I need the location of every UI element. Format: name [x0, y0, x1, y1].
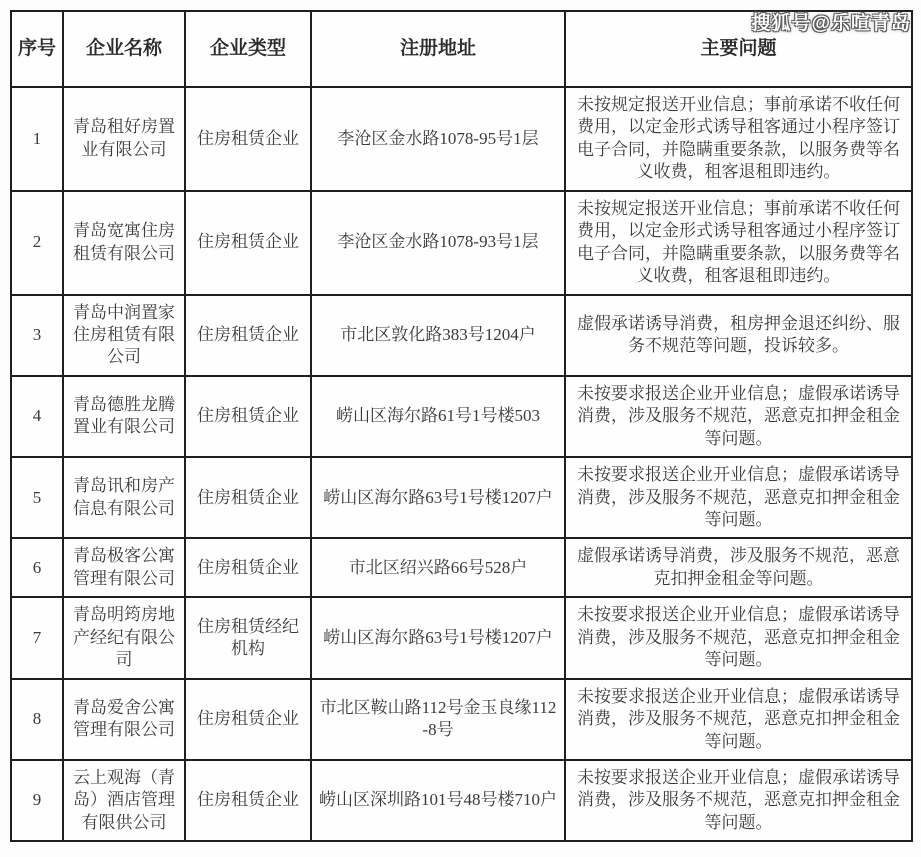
company-name-cell: 青岛讯和房产信息有限公司	[63, 457, 185, 538]
company-type-cell: 住房租赁企业	[185, 376, 311, 457]
column-header-name: 企业名称	[63, 11, 185, 87]
company-name-cell: 青岛极客公寓管理有限公司	[63, 538, 185, 597]
company-issues-table: 序号 企业名称 企业类型 注册地址 主要问题 1青岛租好房置业有限公司住房租赁企…	[10, 10, 913, 842]
row-number-cell: 6	[11, 538, 63, 597]
registered-address-cell: 李沧区金水路1078-93号1层	[311, 191, 565, 295]
company-name-cell: 青岛中润置家住房租赁有限公司	[63, 295, 185, 376]
company-name-cell: 青岛租好房置业有限公司	[63, 87, 185, 191]
main-issues-cell: 未按要求报送企业开业信息；虚假承诺诱导消费，涉及服务不规范，恶意克扣押金租金等问…	[565, 376, 912, 457]
table-row: 7青岛明筠房地产经纪有限公司住房租赁经纪机构崂山区海尔路63号1号楼1207户未…	[11, 597, 912, 678]
main-issues-cell: 未按要求报送企业开业信息；虚假承诺诱导消费，涉及服务不规范，恶意克扣押金租金等问…	[565, 679, 912, 760]
company-type-cell: 住房租赁企业	[185, 457, 311, 538]
table-body: 1青岛租好房置业有限公司住房租赁企业李沧区金水路1078-95号1层未按规定报送…	[11, 87, 912, 841]
table-row: 9云上观海（青岛）酒店管理有限供公司住房租赁企业崂山区深圳路101号48号楼71…	[11, 760, 912, 841]
company-type-cell: 住房租赁企业	[185, 679, 311, 760]
main-issues-cell: 未按规定报送开业信息；事前承诺不收任何费用，以定金形式诱导租客通过小程序签订电子…	[565, 87, 912, 191]
page: 搜狐号@乐喧青岛 序号 企业名称 企业类型 注册地址 主要问题 1青岛租好房置业…	[0, 0, 921, 857]
row-number-cell: 4	[11, 376, 63, 457]
company-type-cell: 住房租赁企业	[185, 538, 311, 597]
main-issues-cell: 虚假承诺诱导消费，涉及服务不规范，恶意克扣押金租金等问题。	[565, 538, 912, 597]
column-header-type: 企业类型	[185, 11, 311, 87]
company-name-cell: 青岛爱舍公寓管理有限公司	[63, 679, 185, 760]
table-row: 2青岛宽寓住房租赁有限公司住房租赁企业李沧区金水路1078-93号1层未按规定报…	[11, 191, 912, 295]
registered-address-cell: 崂山区海尔路63号1号楼1207户	[311, 597, 565, 678]
table-row: 5青岛讯和房产信息有限公司住房租赁企业崂山区海尔路63号1号楼1207户未按要求…	[11, 457, 912, 538]
row-number-cell: 8	[11, 679, 63, 760]
registered-address-cell: 市北区敦化路383号1204户	[311, 295, 565, 376]
main-issues-cell: 未按要求报送企业开业信息；虚假承诺诱导消费，涉及服务不规范，恶意克扣押金租金等问…	[565, 597, 912, 678]
main-issues-cell: 虚假承诺诱导消费，租房押金退还纠纷、服务不规范等问题，投诉较多。	[565, 295, 912, 376]
company-type-cell: 住房租赁企业	[185, 760, 311, 841]
row-number-cell: 7	[11, 597, 63, 678]
company-name-cell: 青岛德胜龙腾置业有限公司	[63, 376, 185, 457]
row-number-cell: 1	[11, 87, 63, 191]
registered-address-cell: 崂山区海尔路61号1号楼503	[311, 376, 565, 457]
column-header-address: 注册地址	[311, 11, 565, 87]
table-row: 8青岛爱舍公寓管理有限公司住房租赁企业市北区鞍山路112号金玉良缘112-8号未…	[11, 679, 912, 760]
row-number-cell: 9	[11, 760, 63, 841]
company-type-cell: 住房租赁企业	[185, 191, 311, 295]
row-number-cell: 5	[11, 457, 63, 538]
row-number-cell: 2	[11, 191, 63, 295]
main-issues-cell: 未按要求报送企业开业信息；虚假承诺诱导消费，涉及服务不规范，恶意克扣押金租金等问…	[565, 457, 912, 538]
table-row: 1青岛租好房置业有限公司住房租赁企业李沧区金水路1078-95号1层未按规定报送…	[11, 87, 912, 191]
table-row: 3青岛中润置家住房租赁有限公司住房租赁企业市北区敦化路383号1204户虚假承诺…	[11, 295, 912, 376]
row-number-cell: 3	[11, 295, 63, 376]
company-type-cell: 住房租赁企业	[185, 295, 311, 376]
main-issues-cell: 未按要求报送企业开业信息；虚假承诺诱导消费，涉及服务不规范，恶意克扣押金租金等问…	[565, 760, 912, 841]
main-issues-cell: 未按规定报送开业信息；事前承诺不收任何费用，以定金形式诱导租客通过小程序签订电子…	[565, 191, 912, 295]
table-row: 4青岛德胜龙腾置业有限公司住房租赁企业崂山区海尔路61号1号楼503未按要求报送…	[11, 376, 912, 457]
company-name-cell: 青岛宽寓住房租赁有限公司	[63, 191, 185, 295]
registered-address-cell: 李沧区金水路1078-95号1层	[311, 87, 565, 191]
registered-address-cell: 市北区鞍山路112号金玉良缘112-8号	[311, 679, 565, 760]
registered-address-cell: 崂山区深圳路101号48号楼710户	[311, 760, 565, 841]
registered-address-cell: 市北区绍兴路66号528户	[311, 538, 565, 597]
watermark: 搜狐号@乐喧青岛	[751, 8, 911, 35]
registered-address-cell: 崂山区海尔路63号1号楼1207户	[311, 457, 565, 538]
company-name-cell: 青岛明筠房地产经纪有限公司	[63, 597, 185, 678]
company-name-cell: 云上观海（青岛）酒店管理有限供公司	[63, 760, 185, 841]
company-type-cell: 住房租赁经纪机构	[185, 597, 311, 678]
column-header-no: 序号	[11, 11, 63, 87]
table-row: 6青岛极客公寓管理有限公司住房租赁企业市北区绍兴路66号528户虚假承诺诱导消费…	[11, 538, 912, 597]
company-type-cell: 住房租赁企业	[185, 87, 311, 191]
